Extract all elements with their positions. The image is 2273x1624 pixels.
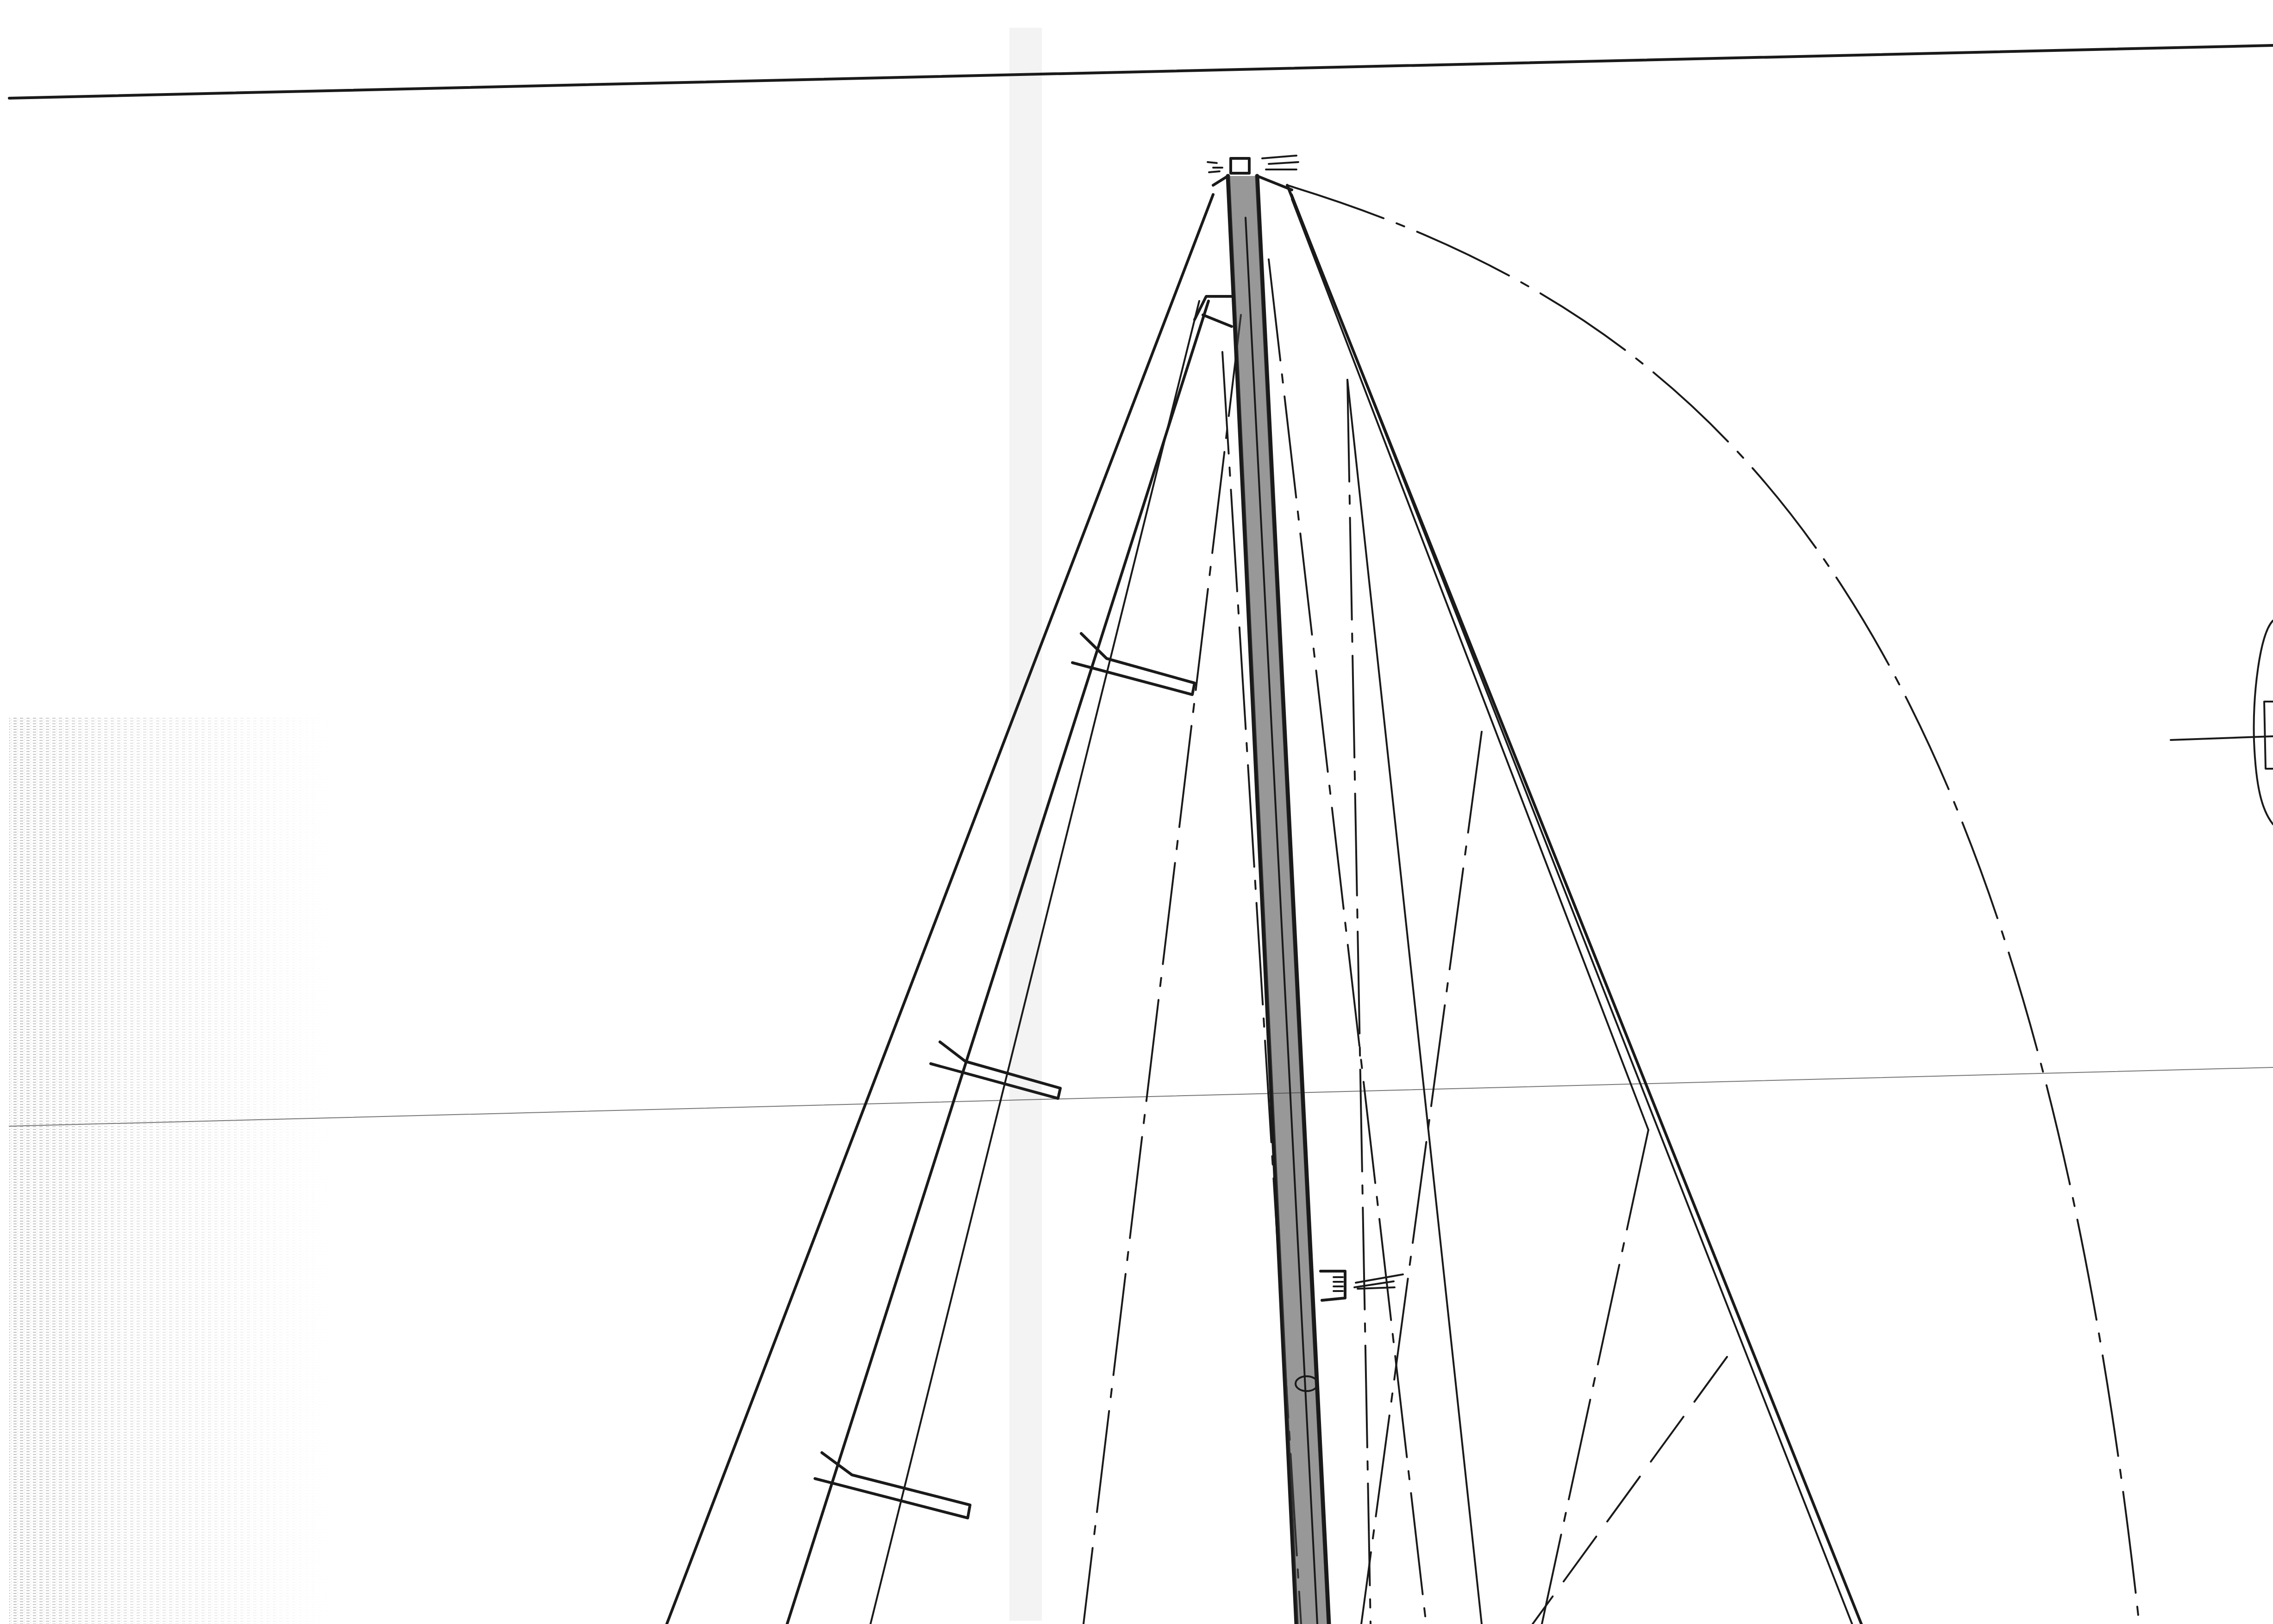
rig-drawing xyxy=(0,0,2273,1624)
right-circle-detail xyxy=(2171,621,2273,824)
scan-noise xyxy=(9,28,2273,1624)
spreaders xyxy=(815,633,1195,1518)
spreader-1 xyxy=(1072,633,1195,695)
mast-winch-icon xyxy=(1321,1271,1403,1300)
aft-diagonal-stay xyxy=(1533,1357,1727,1624)
fold-crease xyxy=(1009,28,1042,1621)
